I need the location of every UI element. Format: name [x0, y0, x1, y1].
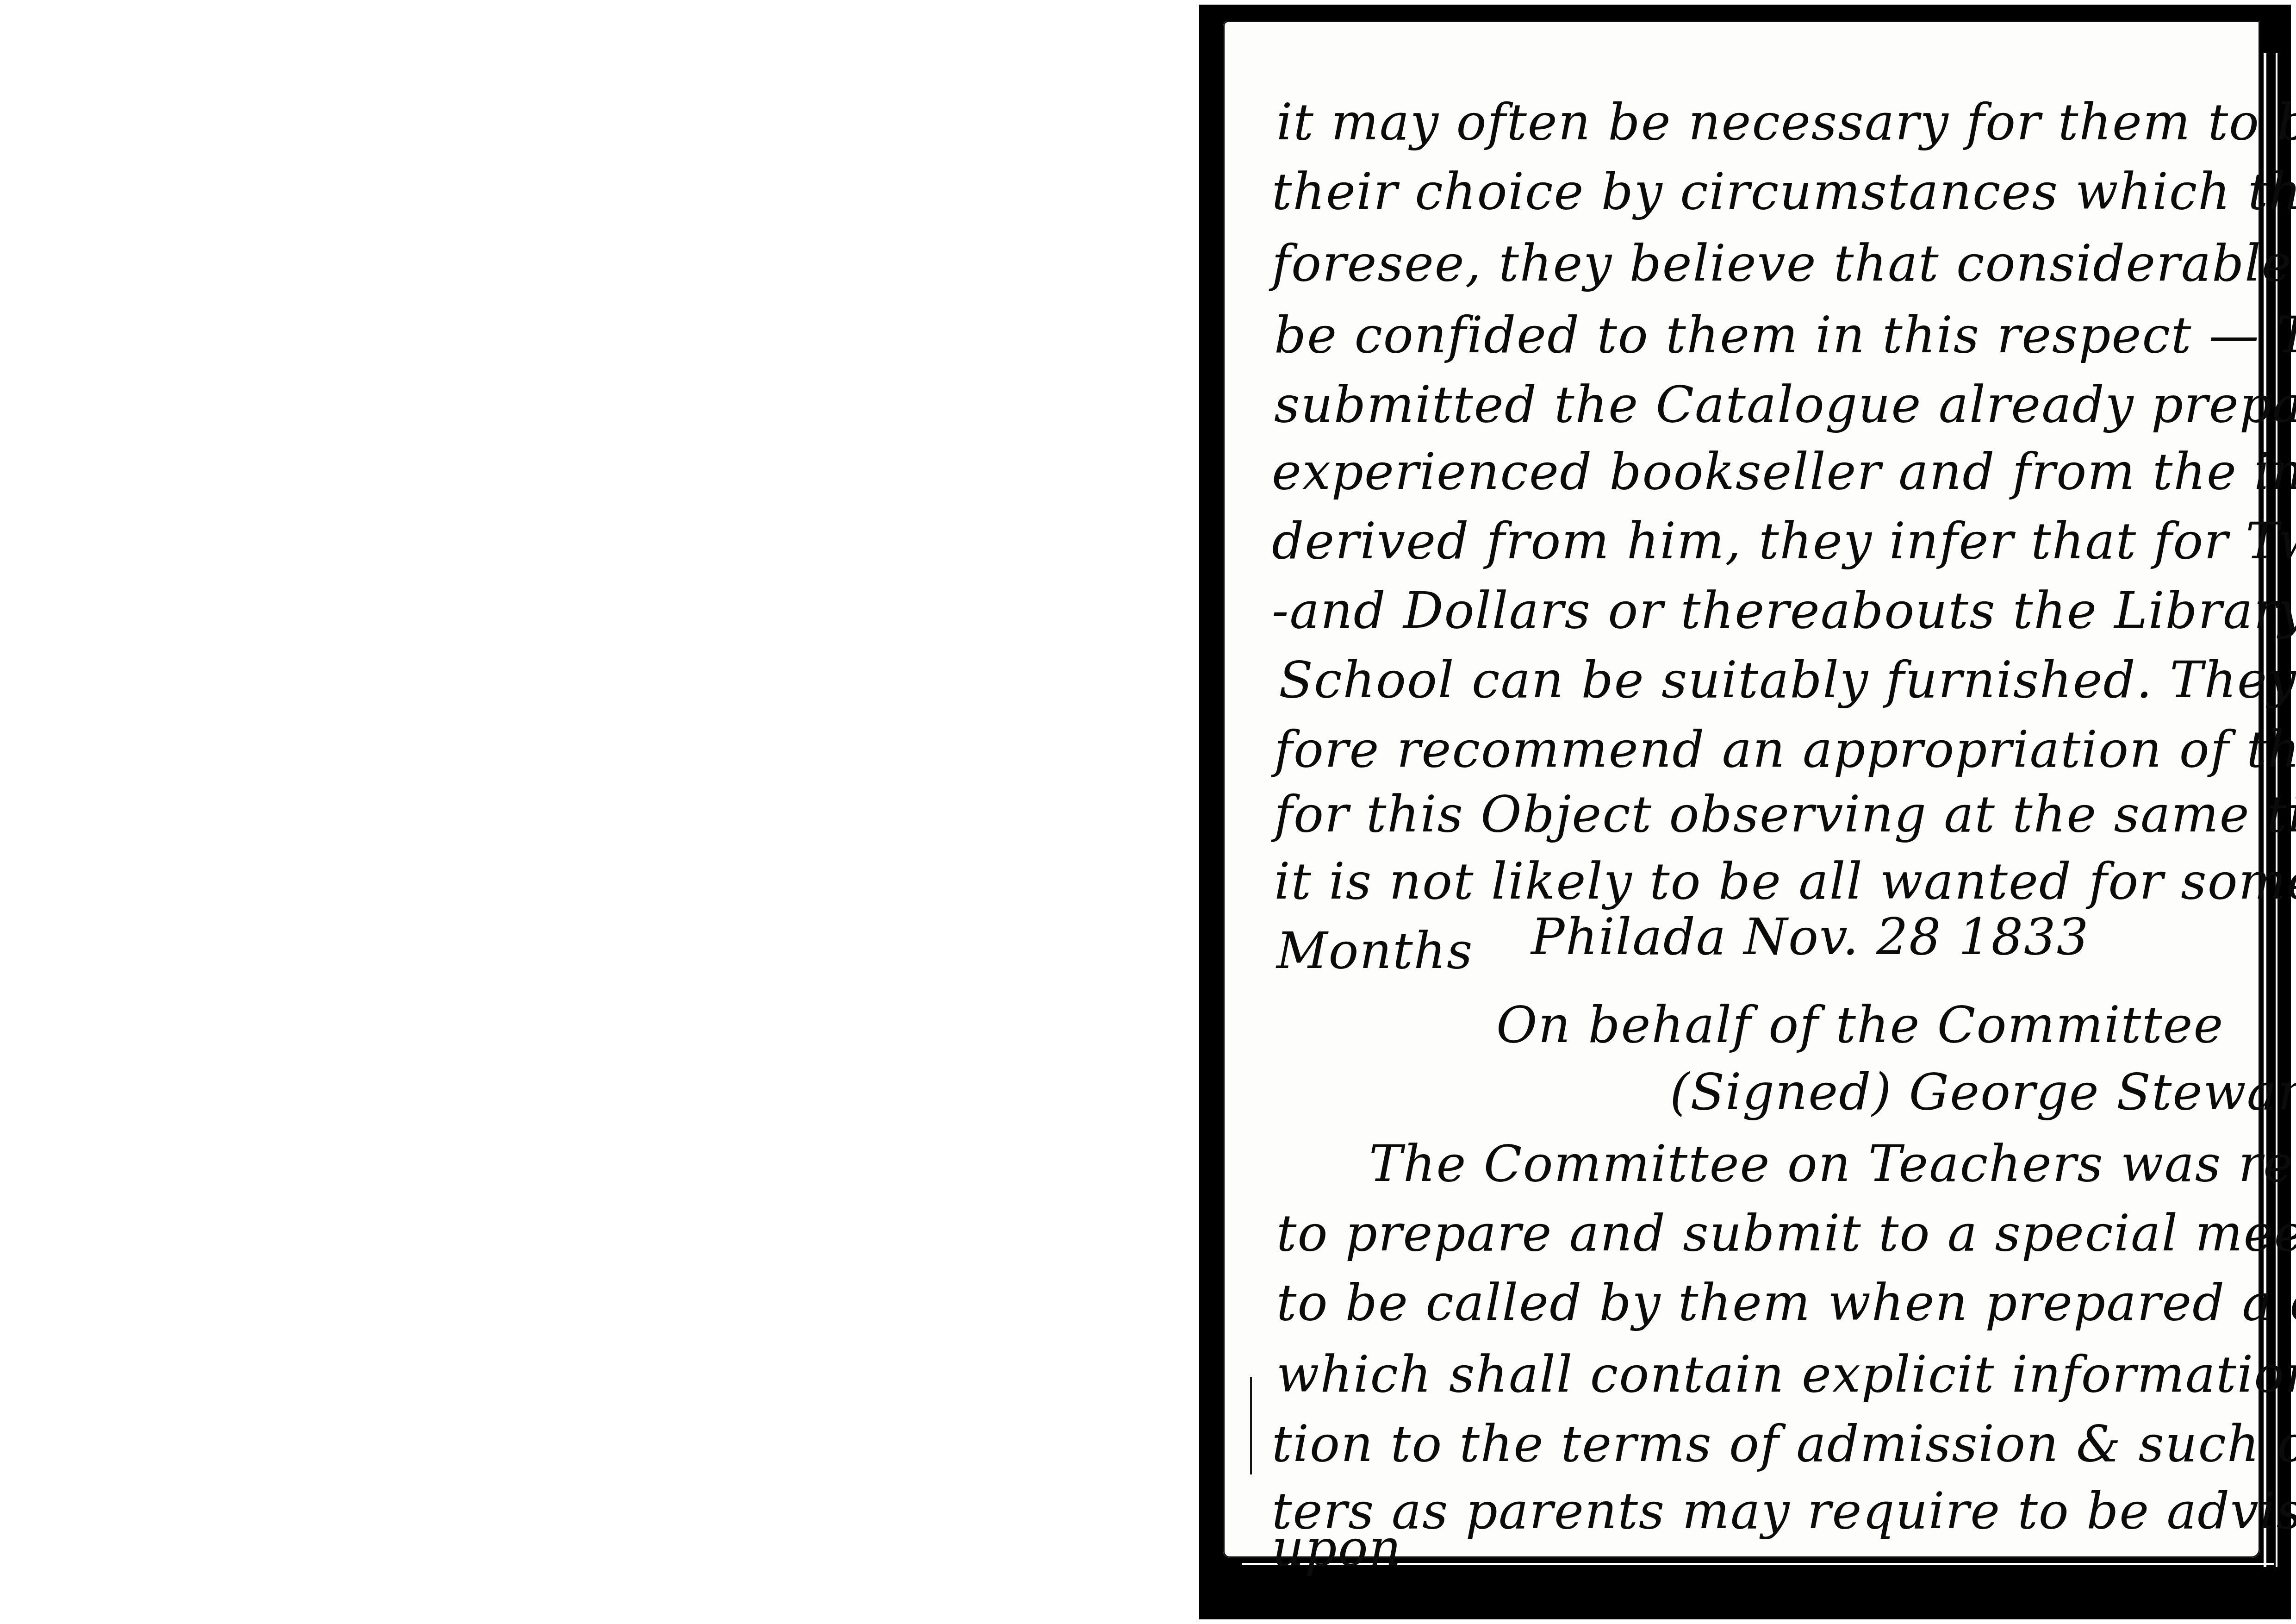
teachers-line-6: ters as parents may require to be advise… — [1272, 1481, 2296, 1542]
report-line-7: derived from him, they infer that for Tw… — [1272, 512, 2296, 572]
report-line-9: School can be suitably furnished. They t… — [1279, 650, 2296, 711]
manuscript-page: it may often be necessary for them to be… — [1223, 21, 2260, 1558]
report-line-4: be confided to them in this respect — Th… — [1274, 306, 2296, 366]
report-line-1: it may often be necessary for them to be… — [1276, 93, 2296, 153]
report-signature: (Signed) George Stewardson — [1670, 1062, 2296, 1123]
teachers-line-5: tion to the terms of admission & such ot… — [1272, 1414, 2296, 1474]
report-line-10: fore recommend an appropriation of that … — [1274, 720, 2296, 780]
teachers-line-1: The Committee on Teachers was requested — [1369, 1134, 2296, 1194]
margin-bracket-mark — [1250, 1377, 1252, 1474]
blank-left-page — [0, 0, 1199, 1624]
teachers-line-7: upon — [1272, 1518, 1402, 1579]
teachers-line-4: which shall contain explicit information… — [1276, 1345, 2296, 1405]
report-place-date: Philada Nov. 28 1833 — [1531, 907, 2090, 968]
report-line-3: foresee, they believe that considerable … — [1272, 234, 2296, 294]
report-on-behalf: On behalf of the Committee — [1496, 995, 2224, 1056]
scan-frame: it may often be necessary for them to be… — [1199, 5, 2291, 1619]
report-line-12: it is not likely to be all wanted for so… — [1274, 852, 2296, 912]
teachers-line-2: to prepare and submit to a special meeti… — [1276, 1204, 2296, 1264]
report-line-11: for this Object observing at the same ti… — [1274, 785, 2296, 845]
report-line-13: Months — [1276, 921, 1474, 981]
report-line-8: -and Dollars or thereabouts the Library … — [1272, 581, 2296, 641]
report-line-2: their choice by circumstances which they… — [1272, 162, 2296, 222]
teachers-line-3: to be called by them when prepared a cir… — [1276, 1273, 2296, 1333]
report-line-5: submitted the Catalogue already prepared… — [1274, 375, 2296, 435]
report-line-6: experienced bookseller and from the info… — [1272, 442, 2296, 502]
